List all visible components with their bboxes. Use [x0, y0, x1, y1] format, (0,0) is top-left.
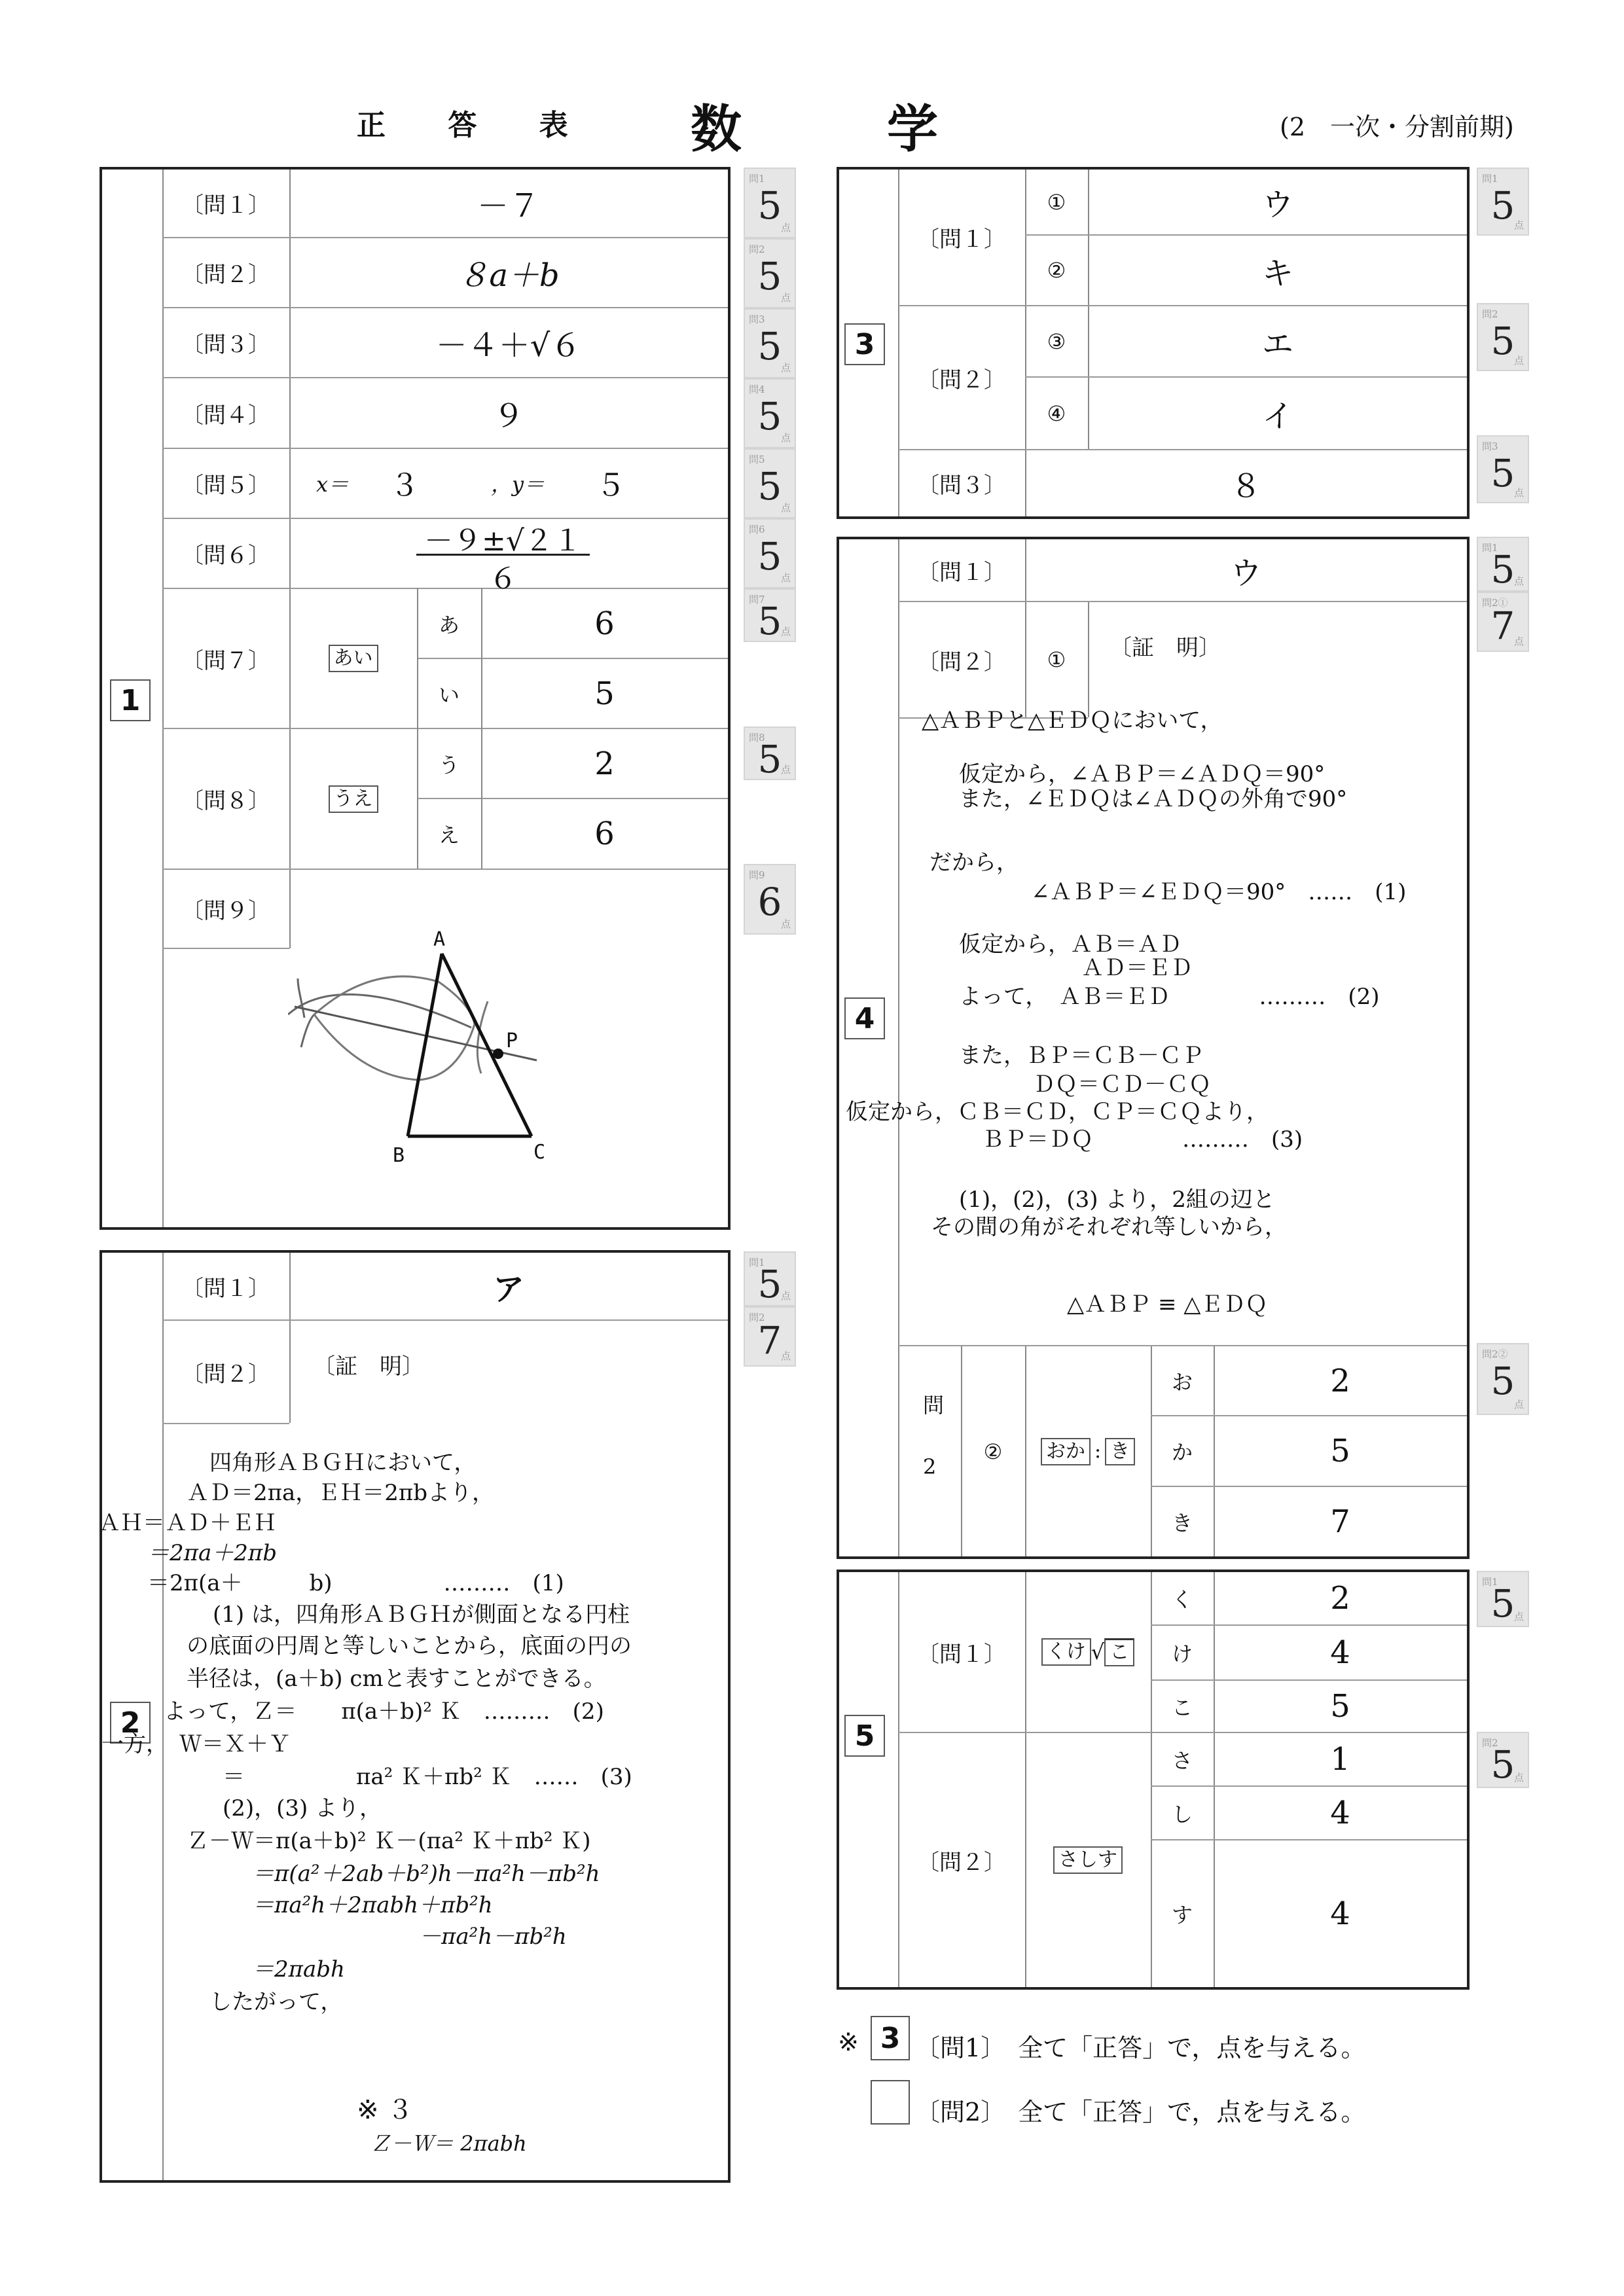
footnote-mark: ※	[838, 2028, 859, 2056]
proof-line: ＡＨ＝ＡＤ＋ＥＨ	[98, 1508, 276, 1538]
answer-box-group: くけ √ こ	[1025, 1572, 1151, 1732]
score-box: 問15点	[1477, 1571, 1529, 1627]
kana-label: こ	[1151, 1681, 1214, 1732]
answer-cell: ウ	[1088, 170, 1468, 234]
answer-box-label: さしす	[1053, 1846, 1123, 1874]
x-label: x＝	[316, 468, 349, 498]
score-box: 問25点	[1477, 1732, 1529, 1788]
proof-line: ＝2π(a＋ b) ……… (1)	[147, 1568, 564, 1598]
answer-cell: 4	[1214, 1787, 1467, 1839]
question-label: 〔問２〕	[898, 306, 1025, 449]
proof-line: ＡＤ＝2πa，ＥＨ＝2πbより，	[187, 1478, 494, 1508]
kana-label: う	[417, 729, 481, 798]
score-box: 問35点	[744, 308, 796, 378]
proof-line: ∠ＡＢＰ＝∠ＥＤＱ＝90° …… (1)	[1031, 877, 1406, 907]
y-value: ５	[596, 461, 626, 505]
answer-sheet-label: 正 答 表	[357, 101, 594, 143]
answer-cell: －７	[289, 170, 728, 237]
score-box: 問75点	[744, 588, 796, 642]
sub-number: ③	[1025, 306, 1088, 376]
sub-number: ②	[961, 1346, 1025, 1556]
proof-line: 四角形ＡＢＧＨにおいて，	[209, 1448, 476, 1478]
proof-line: よって， ＡＢ＝ＥＤ ……… (2)	[959, 982, 1379, 1012]
footnote-text: 〔問1〕 全て「正答」で，点を与える。	[915, 2028, 1365, 2064]
answer-box-group: うえ	[289, 729, 417, 869]
score-unit: 点	[781, 431, 791, 444]
score-unit: 点	[781, 221, 791, 234]
answer-cell: 5	[1214, 1681, 1467, 1732]
proof-line: したがって，	[209, 1987, 342, 2017]
question-label: 〔問３〕	[898, 450, 1025, 516]
question-label: 〔問２〕	[898, 1733, 1025, 1987]
answer-cell: 2	[481, 729, 728, 798]
question-label-vertical: 問 2	[923, 1374, 944, 1498]
score-unit: 点	[1514, 634, 1524, 648]
score-box: 問15点	[1477, 537, 1529, 592]
x-value: ３	[389, 461, 420, 505]
question-label: 〔問２〕	[162, 1321, 289, 1423]
footnote-section-box	[871, 2080, 910, 2125]
fraction-numerator: －９±√２１	[416, 517, 590, 559]
question-label: 〔問１〕	[898, 539, 1025, 601]
proof-line: ＝2πabh	[252, 1954, 345, 1984]
sub-number: ①	[1025, 602, 1088, 717]
divider	[162, 1423, 289, 1424]
question-label-top: 問	[923, 1374, 944, 1436]
answer-cell: ８	[1025, 450, 1467, 516]
proof-line: △ＡＢＰ ≡ △ＥＤＱ	[1067, 1289, 1267, 1319]
score-unit: 点	[781, 501, 791, 514]
kana-label: さ	[1151, 1733, 1214, 1785]
score-unit: 点	[1514, 218, 1524, 232]
conclusion: Ｚ－Ｗ＝ 2πabh	[370, 2127, 527, 2157]
answer-cell: エ	[1088, 306, 1468, 376]
score-unit: 点	[781, 361, 791, 374]
answer-box-label: あい	[329, 645, 378, 672]
svg-text:P: P	[506, 1030, 518, 1052]
answer-cell: 5	[481, 659, 728, 728]
answer-cell: －４＋√６	[289, 308, 728, 377]
section-number-4: 4	[844, 997, 885, 1039]
answer-cell: イ	[1088, 378, 1468, 449]
score-unit: 点	[1514, 353, 1524, 367]
footnote-text: 〔問2〕 全て「正答」で，点を与える。	[915, 2092, 1365, 2128]
kana-label: け	[1151, 1626, 1214, 1679]
question-label: 〔問２〕	[898, 602, 1025, 717]
proof-line: △ＡＢＰと△ＥＤＱにおいて，	[922, 706, 1223, 736]
score-unit: 点	[781, 291, 791, 304]
score-box: 問55点	[744, 448, 796, 518]
question-label: 〔問８〕	[162, 729, 289, 869]
score-box: 問65点	[744, 518, 796, 588]
answer-box-group: さしす	[1025, 1733, 1151, 1987]
proof-line: Ｚ－Ｗ＝π(a＋b)² Ｋ－(πa² Ｋ＋πb² Ｋ)	[187, 1826, 590, 1856]
kana-label: お	[1151, 1346, 1214, 1415]
question-label: 〔問５〕	[162, 449, 289, 518]
question-label-bottom: 2	[923, 1436, 944, 1498]
proof-line: ＢＰ＝ＤＱ ……… (3)	[982, 1124, 1303, 1155]
answer-cell: ウ	[1025, 539, 1467, 601]
answer-box-label: き	[1105, 1438, 1135, 1465]
question-label: 〔問１〕	[898, 1572, 1025, 1732]
proof-line: 一方， Ｗ＝Ｘ＋Ｙ	[101, 1729, 291, 1759]
sub-number: ②	[1025, 236, 1088, 305]
score-box: 問15点	[1477, 168, 1529, 236]
proof-line: また，ＢＰ＝ＣＢ－ＣＰ	[959, 1041, 1204, 1071]
answer-cell: ８a＋b	[289, 238, 728, 307]
kana-label: す	[1151, 1840, 1214, 1987]
kana-label: あ	[417, 589, 481, 658]
answer-cell: 2	[1214, 1346, 1467, 1415]
score-unit: 点	[781, 624, 791, 638]
kana-label: い	[417, 659, 481, 728]
answer-cell: 6	[481, 589, 728, 658]
score-box: 問25点	[744, 238, 796, 308]
answer-cell: キ	[1088, 236, 1468, 305]
score-box: 問25点	[1477, 303, 1529, 371]
score-box: 問15点	[744, 168, 796, 238]
score-unit: 点	[781, 1289, 791, 1302]
proof-line: ＝ πa² Ｋ＋πb² Ｋ …… (3)	[223, 1762, 632, 1792]
score-box: 問96点	[744, 864, 796, 935]
answer-box-group: おか : き	[1025, 1346, 1151, 1556]
kana-label: え	[417, 799, 481, 869]
proof-line: －πa²h－πb²h	[419, 1922, 567, 1952]
proof-line: 半径は，(a＋b) cmと表すことができる。	[187, 1664, 606, 1694]
score-unit: 点	[781, 1349, 791, 1363]
question-label: 〔問１〕	[898, 170, 1025, 305]
score-unit: 点	[781, 917, 791, 931]
score-box: 問45点	[744, 378, 796, 448]
answer-cell: 2	[1214, 1572, 1467, 1624]
score-unit: 点	[781, 571, 791, 584]
answer-box-label: うえ	[329, 785, 378, 813]
score-value: 5	[1478, 1359, 1528, 1403]
answer-cell: 7	[1214, 1487, 1467, 1556]
score-unit: 点	[1514, 1397, 1524, 1411]
proof-line: (1) は，四角形ＡＢＧＨが側面となる円柱	[213, 1600, 630, 1630]
proof-line: よって，Ｚ＝ π(a＋b)² Ｋ ……… (2)	[164, 1696, 604, 1727]
score-box: 問15点	[744, 1251, 796, 1306]
answer-box-label: おか	[1041, 1438, 1091, 1465]
sub-number: ①	[1025, 170, 1088, 234]
proof-line: また，∠ＥＤＱは∠ＡＤＱの外角で90°	[959, 784, 1347, 814]
subject-title-right: 学	[887, 88, 938, 162]
svg-text:C: C	[533, 1141, 545, 1164]
answer-cell: 5	[1214, 1416, 1467, 1486]
divider	[1088, 602, 1089, 717]
question-label: 〔問９〕	[162, 870, 289, 948]
answer-cell: 4	[1214, 1840, 1467, 1987]
proof-line: の底面の円周と等しいことから，底面の円の	[187, 1631, 632, 1661]
proof-label: 〔証 明〕	[313, 1348, 424, 1380]
sub-number: ④	[1025, 378, 1088, 449]
ratio-separator: :	[1094, 1440, 1101, 1463]
y-label: ，y＝	[491, 468, 545, 498]
kana-label: か	[1151, 1416, 1214, 1486]
answer-box-label: くけ	[1041, 1638, 1091, 1666]
answer-cell: ア	[289, 1253, 728, 1319]
proof-line: だから，	[929, 848, 1019, 878]
section-number-5: 5	[844, 1715, 885, 1757]
score-unit: 点	[1514, 1609, 1524, 1623]
subject-title-left: 数	[691, 88, 742, 162]
triangle-construction-figure: A B C P	[288, 916, 615, 1165]
kana-label: く	[1151, 1572, 1214, 1624]
kana-label: き	[1151, 1487, 1214, 1556]
svg-text:A: A	[433, 928, 445, 951]
score-unit: 点	[1514, 574, 1524, 588]
proof-line: (2)，(3) より，	[223, 1793, 382, 1823]
section-number-3: 3	[844, 323, 885, 365]
root-symbol: √	[1091, 1640, 1104, 1664]
answer-cell: 6	[481, 799, 728, 869]
proof-line: ＡＤ＝ＥＤ	[1081, 953, 1193, 983]
proof-line: (1)，(2)，(3) より，2組の辺と	[959, 1185, 1275, 1215]
proof-line: ＝πa²h＋2πabh＋πb²h	[252, 1890, 493, 1920]
question-label: 〔問４〕	[162, 378, 289, 448]
proof-line: ＝2πa＋2πb	[147, 1538, 277, 1568]
svg-text:B: B	[393, 1144, 405, 1165]
kana-label: し	[1151, 1787, 1214, 1839]
question-label: 〔問３〕	[162, 308, 289, 377]
score-unit: 点	[1514, 1770, 1524, 1784]
proof-line: その間の角がそれぞれ等しいから，	[931, 1212, 1287, 1242]
answer-cell: 4	[1214, 1626, 1467, 1679]
section-number-1: 1	[110, 679, 151, 721]
answer-box-group: あい	[289, 589, 417, 728]
question-label: 〔問１〕	[162, 1253, 289, 1319]
footnote-section-box: 3	[871, 2016, 910, 2060]
score-unit: 点	[1514, 486, 1524, 499]
score-box: 問2②5点	[1477, 1343, 1529, 1415]
proof-line: ＤＱ＝ＣＤ－ＣＱ	[1033, 1069, 1211, 1100]
note-mark: ※ ３	[357, 2089, 413, 2126]
question-label: 〔問６〕	[162, 519, 289, 588]
proof-label: 〔証 明〕	[1110, 630, 1221, 662]
score-box: 問85点	[744, 726, 796, 780]
question-label: 〔問１〕	[162, 170, 289, 237]
answer-cell: 1	[1214, 1733, 1467, 1785]
score-box: 問35点	[1477, 435, 1529, 503]
answer-cell: ９	[289, 378, 728, 448]
score-box: 問2①7点	[1477, 592, 1529, 652]
question-label: 〔問２〕	[162, 238, 289, 307]
exam-info: (2 一次・分割前期)	[1280, 107, 1514, 143]
divider	[162, 948, 289, 949]
question-label: 〔問７〕	[162, 589, 289, 728]
proof-line: 仮定から，ＣＢ＝ＣＤ，ＣＰ＝ＣＱより，	[846, 1097, 1269, 1127]
proof-line: ＝π(a²＋2ab＋b²)h－πa²h－πb²h	[252, 1859, 600, 1889]
score-unit: 点	[781, 762, 791, 776]
score-box: 問27点	[744, 1306, 796, 1367]
answer-box-label: こ	[1104, 1638, 1134, 1666]
